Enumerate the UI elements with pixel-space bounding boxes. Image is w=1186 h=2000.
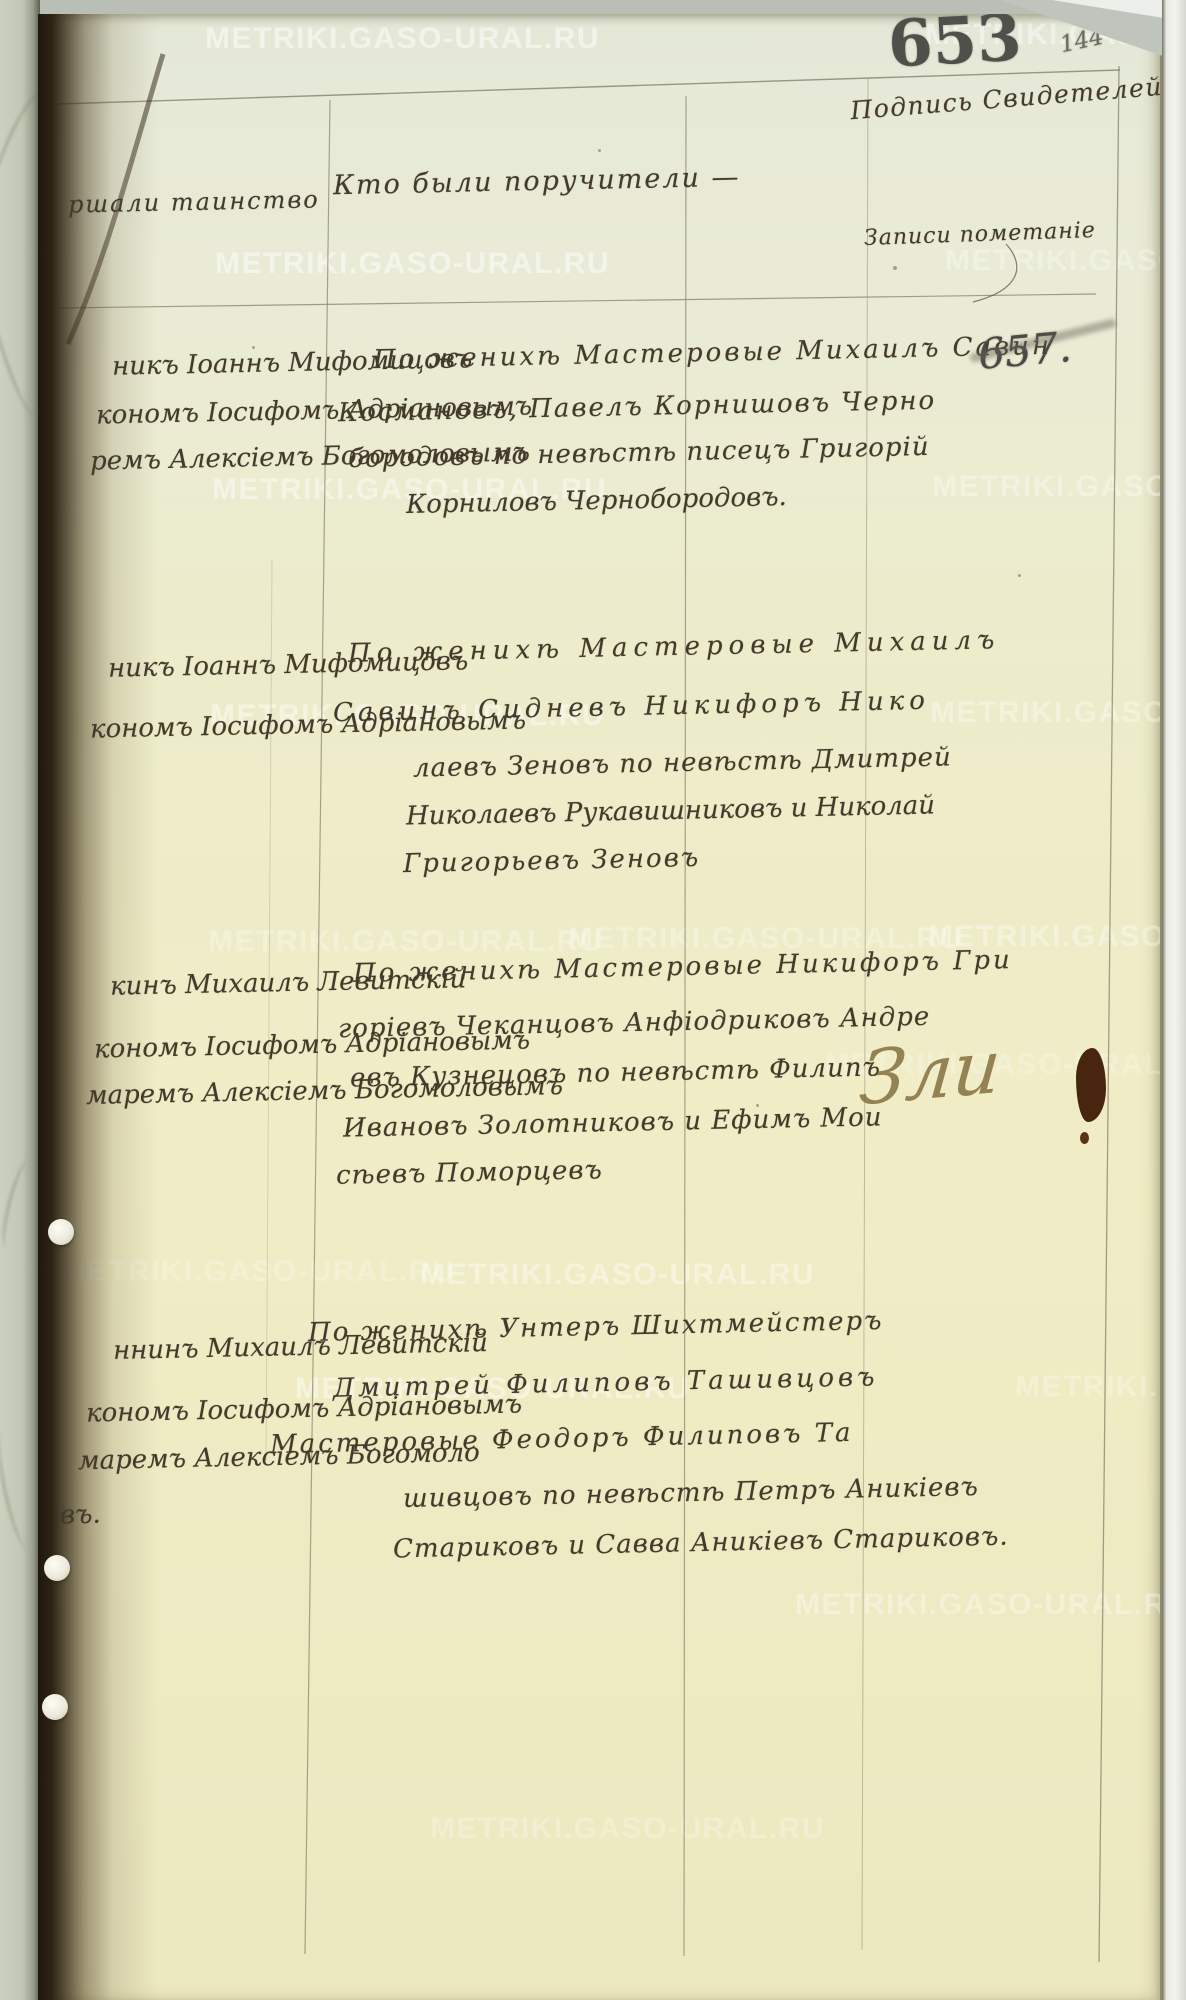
book-fore-edge [1162, 0, 1186, 2000]
paper-speck [598, 149, 601, 152]
table-ruled-lines [38, 14, 1160, 2000]
register-page: METRIKI.GASO-URAL.RUMETRIKI.GASO-URAL.RU… [38, 14, 1162, 2000]
book-gutter-previous-page [0, 0, 40, 2000]
bleedthrough-marks [0, 1429, 38, 1551]
page-number-pencil: 653 [886, 14, 1023, 77]
record-guarantor-line: Григорьевъ Зеновъ [403, 843, 701, 879]
paper-speck [252, 346, 255, 349]
officiants-column-header: ршали таинство [68, 185, 320, 218]
binding-hole [42, 1694, 68, 1720]
ink-blot [1080, 1132, 1089, 1144]
binding-hole [44, 1555, 70, 1581]
paper-speck [893, 266, 897, 270]
margin-flourish-signature: Зли [856, 1023, 1004, 1122]
paper-speck [756, 1104, 759, 1107]
record-officiant-line: въ. [60, 1500, 101, 1531]
record-guarantor-line: сѣевъ Поморцевъ [336, 1155, 603, 1191]
bleedthrough-marks [0, 1159, 37, 1251]
paper-speck [1018, 574, 1021, 577]
binding-hole [48, 1219, 74, 1245]
scanned-register-page: { "header": { "officiants_header_fragmen… [0, 0, 1186, 2000]
